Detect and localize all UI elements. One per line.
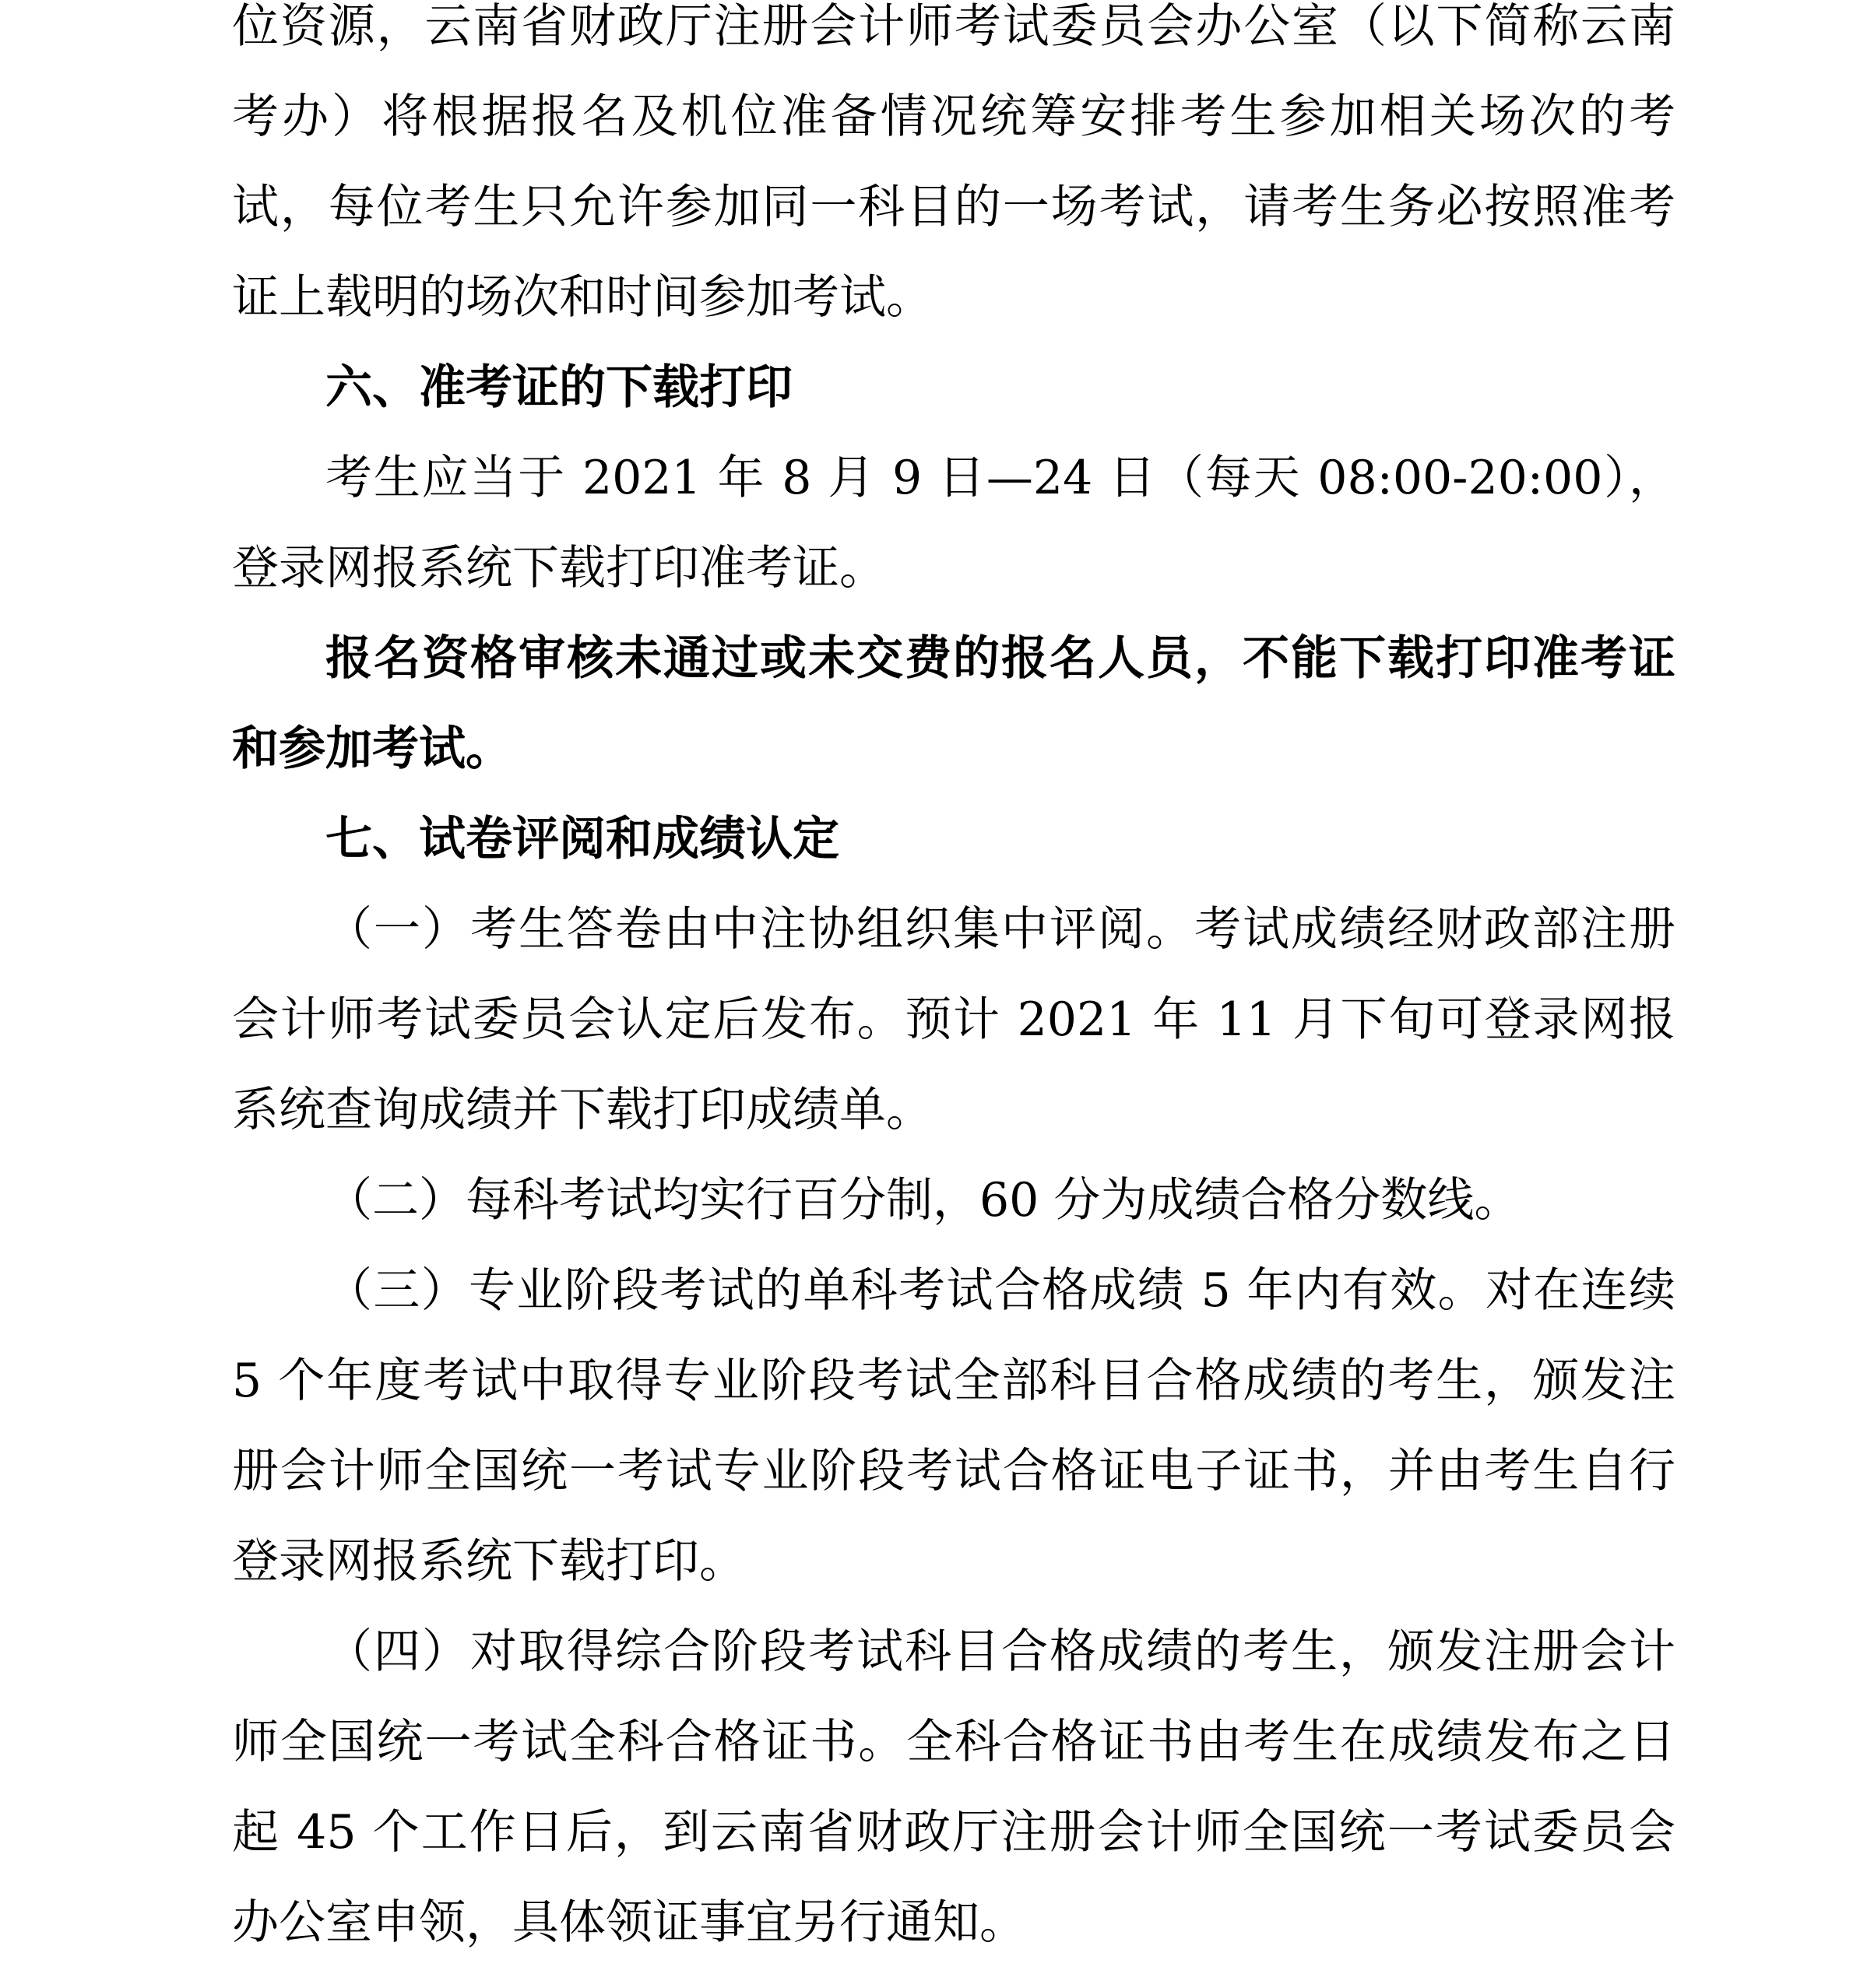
document-page: 位资源，云南省财政厅注册会计师考试委员会办公室（以下简称云南考办）将根据报名及机… <box>0 0 1853 1969</box>
body-paragraph: 报名资格审核未通过或未交费的报名人员，不能下载打印准考证和参加考试。 <box>232 613 1675 794</box>
section-heading: 六、准考证的下载打印 <box>232 342 1675 433</box>
body-paragraph: （三）专业阶段考试的单科考试合格成绩 5 年内有效。对在连续 5 个年度考试中取… <box>232 1245 1675 1607</box>
body-paragraph: （四）对取得综合阶段考试科目合格成绩的考生，颁发注册会计师全国统一考试全科合格证… <box>232 1607 1675 1968</box>
body-paragraph: （二）每科考试均实行百分制，60 分为成绩合格分数线。 <box>232 1155 1675 1245</box>
body-paragraph: 考生应当于 2021 年 8 月 9 日—24 日（每天 08:00-20:00… <box>232 433 1675 613</box>
continuation-paragraph: 位资源，云南省财政厅注册会计师考试委员会办公室（以下简称云南考办）将根据报名及机… <box>232 0 1675 342</box>
document-body: 位资源，云南省财政厅注册会计师考试委员会办公室（以下简称云南考办）将根据报名及机… <box>232 0 1675 1968</box>
body-paragraph: （一）考生答卷由中注协组织集中评阅。考试成绩经财政部注册会计师考试委员会认定后发… <box>232 884 1675 1155</box>
section-heading: 七、试卷评阅和成绩认定 <box>232 794 1675 884</box>
